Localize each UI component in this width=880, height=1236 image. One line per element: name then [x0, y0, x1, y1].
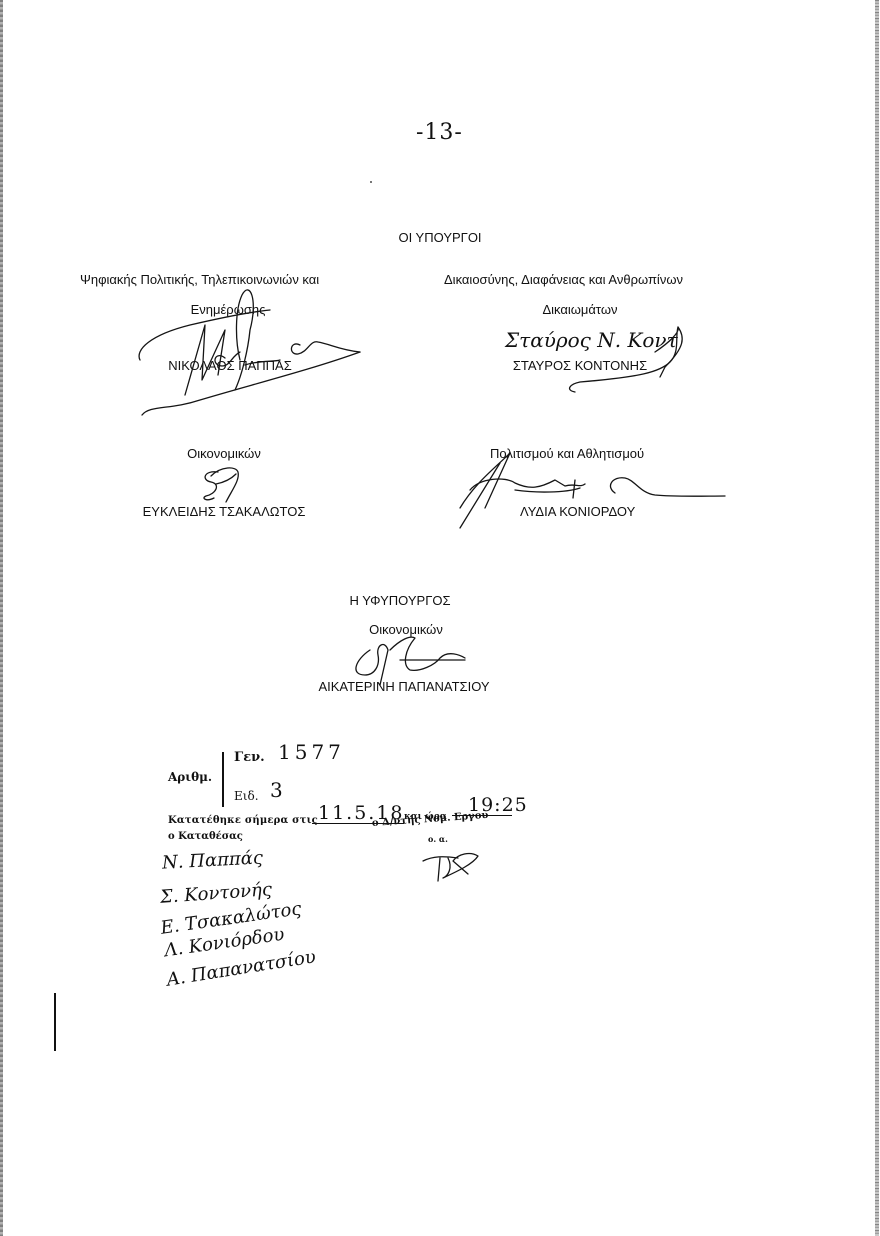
minister-3-ministry: Οικονομικών [187, 446, 261, 462]
stamp-eid-value: 3 [270, 778, 283, 802]
handwritten-name-1: Ν. Παππάς [162, 847, 264, 873]
ministers-heading: ΟΙ ΥΠΟΥΡΓΟΙ [398, 230, 481, 246]
signature-director [418, 846, 488, 886]
minister-2-ministry-line1: Δικαιοσύνης, Διαφάνειας και Ανθρωπίνων [444, 272, 683, 288]
signature-pappas [130, 270, 390, 430]
minister-4-name: ΛΥΔΙΑ ΚΟΝΙΟΡΔΟΥ [520, 504, 635, 520]
stamp-filed-text: Κατατέθηκε σήμερα στις [168, 815, 318, 826]
minister-3-name: ΕΥΚΛΕΙΔΗΣ ΤΣΑΚΑΛΩΤΟΣ [143, 504, 306, 520]
scan-edge-left [0, 0, 3, 1236]
signature-koniordou [455, 448, 735, 538]
minister-2-ministry-line2: Δικαιωμάτων [542, 302, 617, 318]
deputy-heading: Η ΥΦΥΠΟΥΡΓΟΣ [349, 593, 450, 609]
scan-speck [370, 181, 372, 183]
scanned-document-page: -13- ΟΙ ΥΠΟΥΡΓΟΙ Ψηφιακής Πολιτικής, Τηλ… [0, 0, 880, 1236]
minister-2-name: ΣΤΑΥΡΟΣ ΚΟΝΤΟΝΗΣ [513, 358, 647, 374]
stamp-gen-label: Γεν. [234, 750, 265, 765]
deputy-name: ΑΙΚΑΤΕΡΙΝΗ ΠΑΠΑΝΑΤΣΙΟΥ [318, 679, 489, 695]
scan-edge-right [875, 0, 879, 1236]
page-number: -13- [416, 120, 463, 145]
stamp-depositor-label: ο Καταθέσας [168, 831, 243, 842]
stamp-director-initials: ο. α. [428, 834, 448, 844]
stamp-arithm-label: Αριθμ. [168, 770, 212, 784]
stamp-divider [222, 752, 224, 807]
stamp-eid-label: Ειδ. [234, 789, 259, 803]
margin-mark [54, 993, 56, 1051]
stamp-gen-value: 1577 [278, 740, 345, 764]
